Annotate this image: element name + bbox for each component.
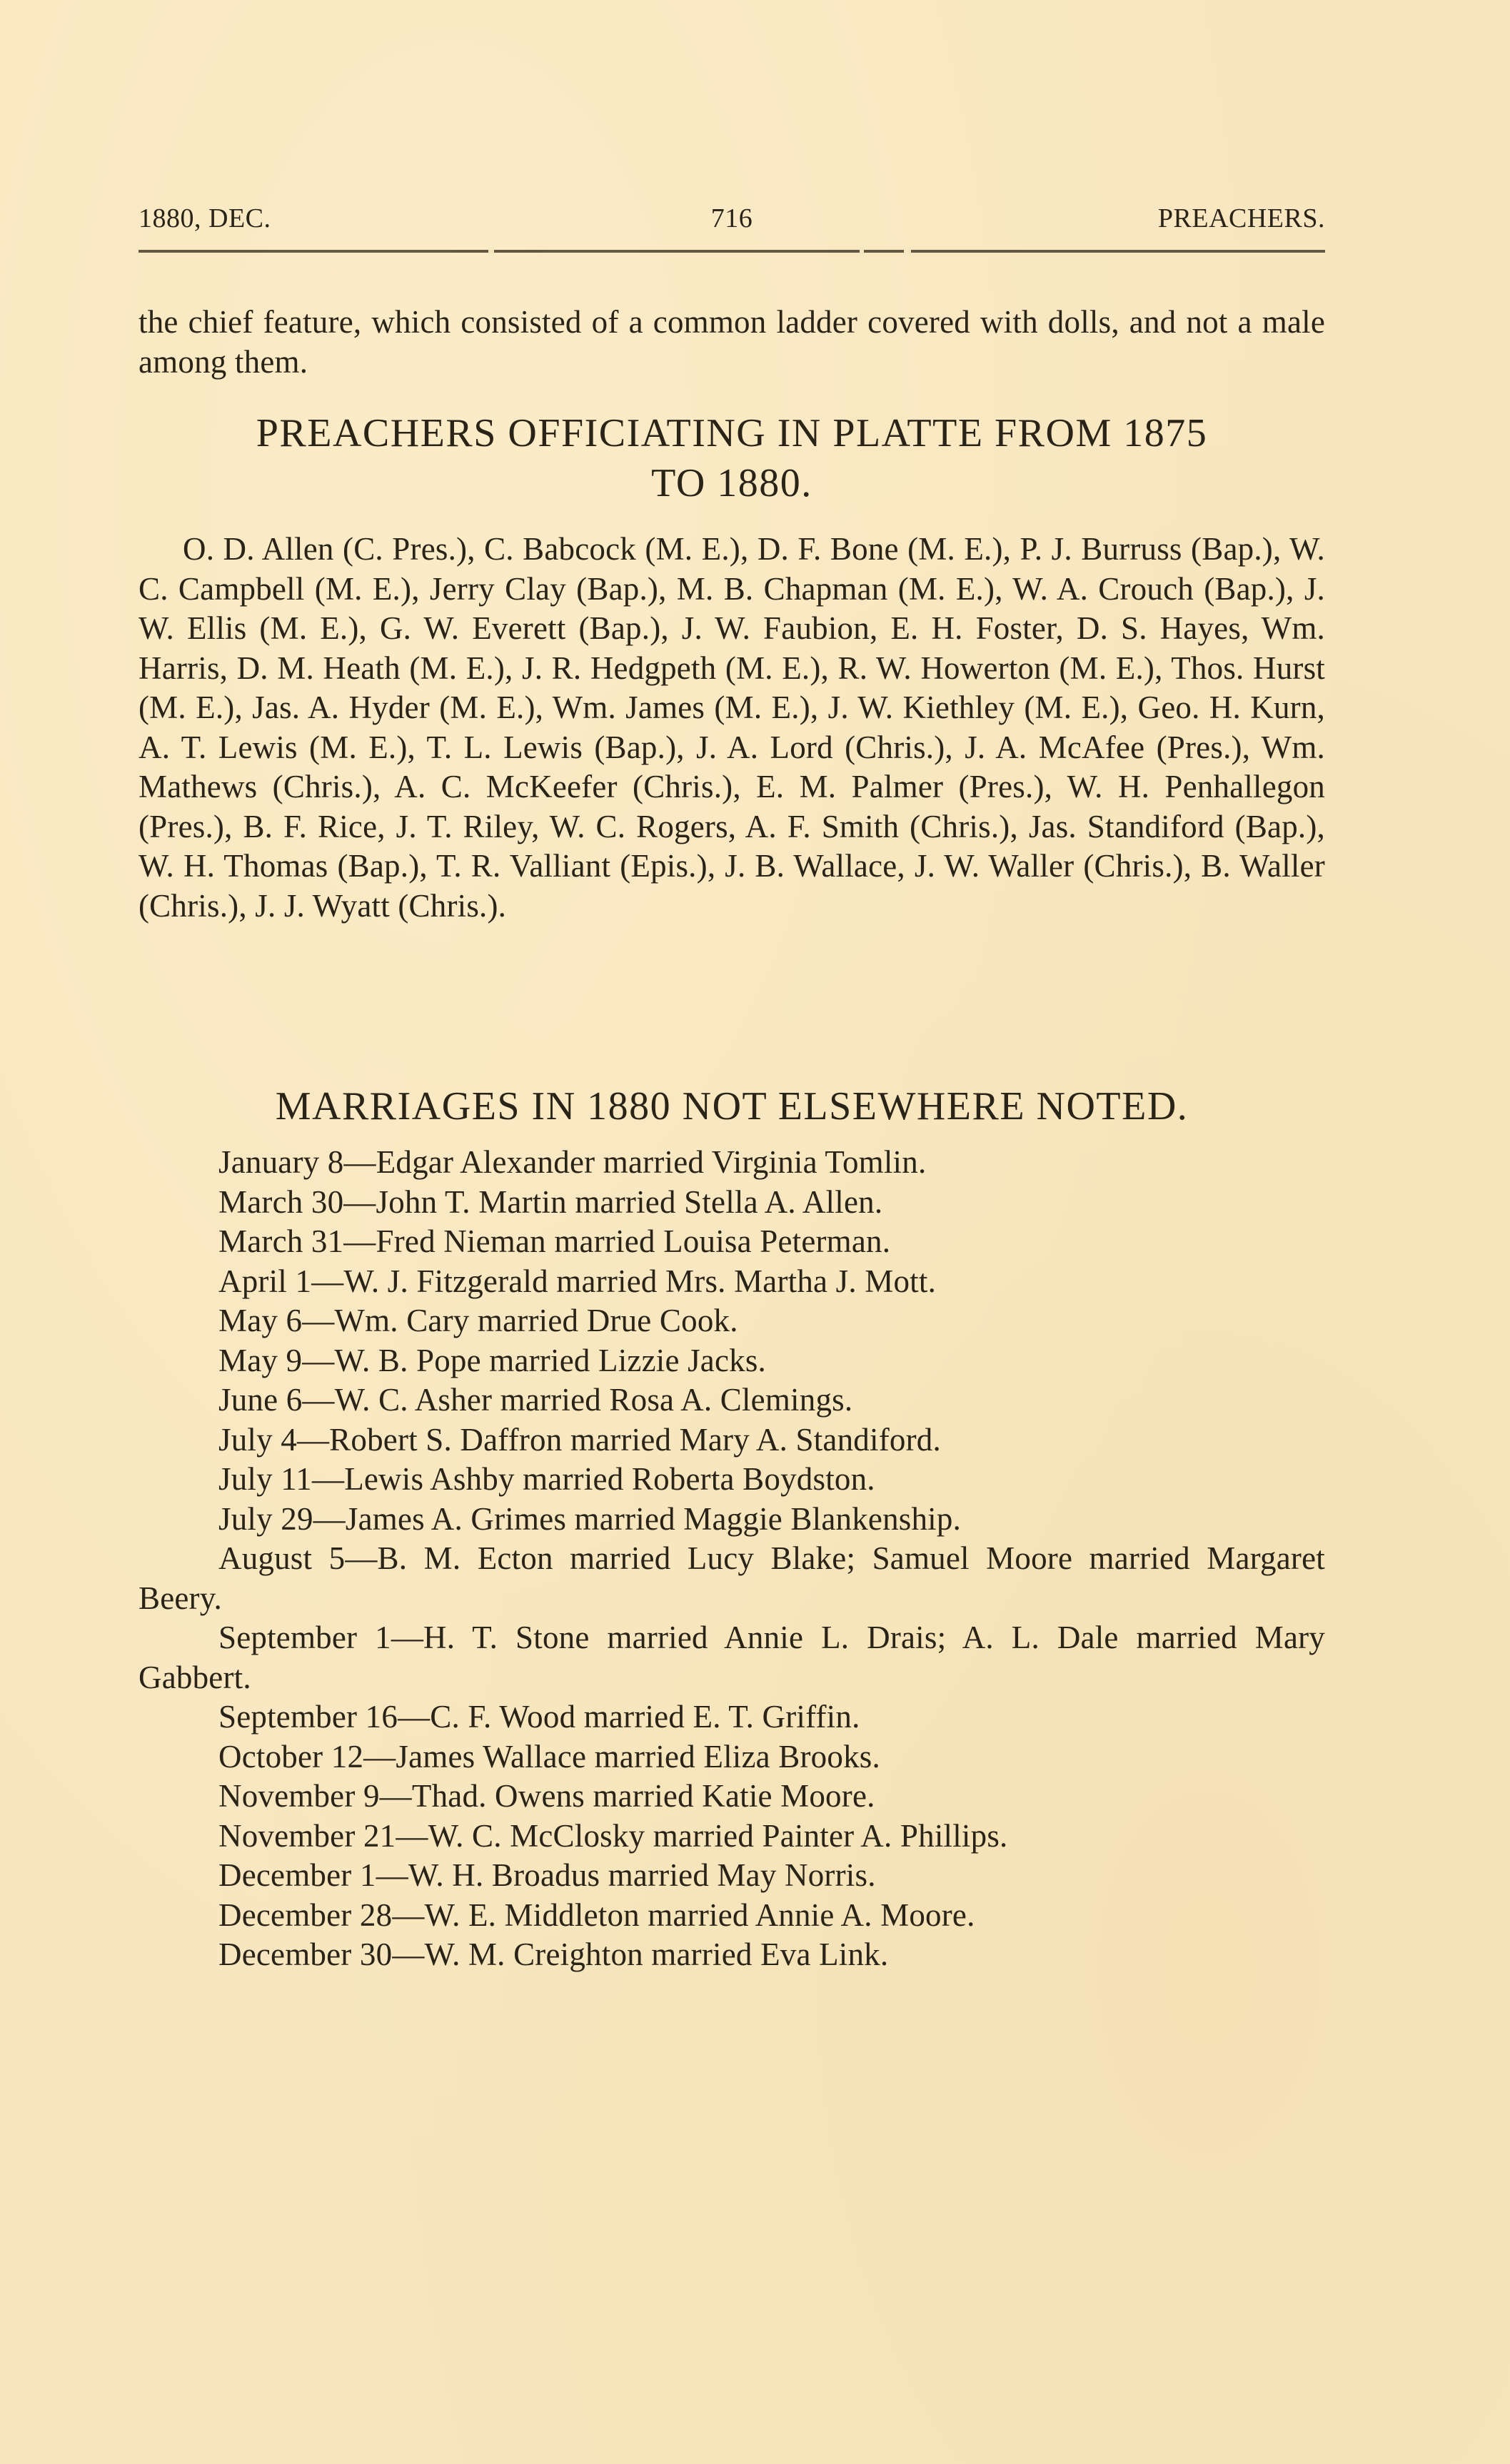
header-rule [139, 250, 1325, 253]
marriage-entry: October 12—James Wallace married Eliza B… [139, 1737, 1325, 1777]
preachers-names-paragraph: O. D. Allen (C. Pres.), C. Babcock (M. E… [139, 530, 1325, 926]
marriage-entry: September 16—C. F. Wood married E. T. Gr… [139, 1697, 1325, 1737]
header-section-title: PREACHERS. [1158, 203, 1325, 234]
rule-gap [904, 249, 911, 253]
preachers-heading: PREACHERS OFFICIATING IN PLATTE FROM 187… [139, 408, 1325, 508]
marriage-entry: December 1—W. H. Broadus married May Nor… [139, 1856, 1325, 1896]
marriage-entry: March 30—John T. Martin married Stella A… [139, 1183, 1325, 1223]
marriage-entry: August 5—B. M. Ecton married Lucy Blake;… [139, 1539, 1325, 1618]
marriage-entry: July 11—Lewis Ashby married Roberta Boyd… [139, 1460, 1325, 1500]
continuation-paragraph: the chief feature, which consisted of a … [139, 303, 1325, 382]
marriage-entry: March 31—Fred Nieman married Louisa Pete… [139, 1222, 1325, 1262]
preachers-heading-line1: PREACHERS OFFICIATING IN PLATTE FROM 187… [256, 411, 1208, 455]
marriage-entry: June 6—W. C. Asher married Rosa A. Clemi… [139, 1380, 1325, 1420]
marriage-entry: July 4—Robert S. Daffron married Mary A.… [139, 1420, 1325, 1460]
marriage-entry: September 1—H. T. Stone married Annie L.… [139, 1618, 1325, 1697]
marriage-entry: January 8—Edgar Alexander married Virgin… [139, 1143, 1325, 1183]
marriage-entry: July 29—James A. Grimes married Maggie B… [139, 1500, 1325, 1540]
marriage-entry: May 6—Wm. Cary married Drue Cook. [139, 1301, 1325, 1341]
marriages-heading: MARRIAGES IN 1880 NOT ELSEWHERE NOTED. [139, 1081, 1325, 1131]
preachers-heading-line2: TO 1880. [651, 461, 812, 505]
marriages-list: January 8—Edgar Alexander married Virgin… [139, 1143, 1325, 1975]
marriage-entry: May 9—W. B. Pope married Lizzie Jacks. [139, 1341, 1325, 1381]
marriage-entry: November 21—W. C. McClosky married Paint… [139, 1817, 1325, 1857]
marriage-entry: April 1—W. J. Fitzgerald married Mrs. Ma… [139, 1262, 1325, 1302]
marriage-entry: December 28—W. E. Middleton married Anni… [139, 1896, 1325, 1936]
marriage-entry: December 30—W. M. Creighton married Eva … [139, 1935, 1325, 1975]
marriage-entry: November 9—Thad. Owens married Katie Moo… [139, 1777, 1325, 1817]
page-number: 716 [139, 203, 1325, 234]
rule-gap [488, 249, 494, 253]
running-header: 1880, DEC. 716 PREACHERS. [139, 203, 1325, 234]
rule-gap [860, 249, 864, 253]
